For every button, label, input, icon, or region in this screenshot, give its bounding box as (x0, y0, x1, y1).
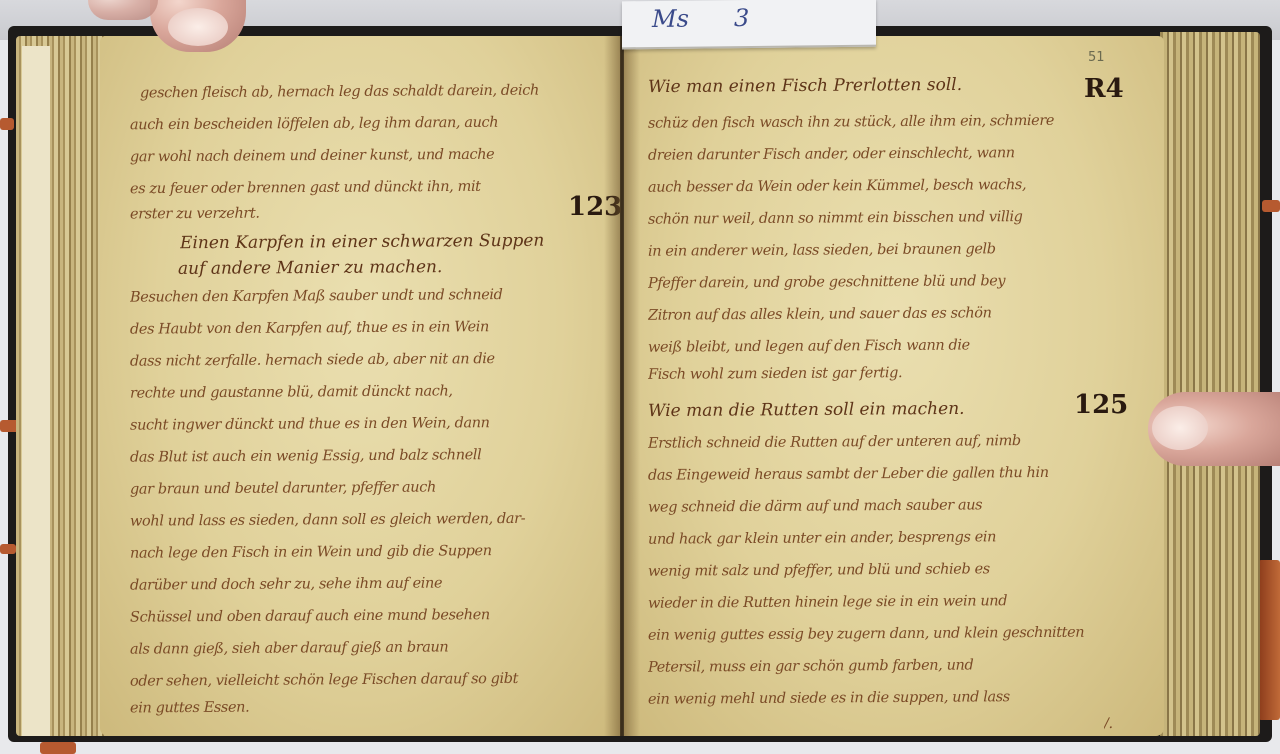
text-line: schön nur weil, dann so nimmt ein bissch… (648, 208, 1138, 227)
recipe-heading: Wie man einen Fisch Prerlotten soll. (648, 75, 962, 97)
ribbon-marker (40, 742, 76, 754)
right-page: 51 R4 Wie man einen Fisch Prerlotten sol… (624, 36, 1164, 736)
text-line: nach lege den Fisch in ein Wein und gib … (130, 542, 600, 561)
shelfmark-prefix: Ms (652, 5, 689, 33)
text-line: Fisch wohl zum sieden ist gar fertig. (648, 365, 902, 383)
text-line: gar braun und beutel darunter, pfeffer a… (130, 478, 600, 497)
text-line: gar wohl nach deinem und deiner kunst, u… (130, 147, 494, 166)
text-line: wenig mit salz und pfeffer, und blü und … (648, 560, 1138, 579)
right-page-stack-edge (1160, 32, 1260, 736)
page-end-mark: /. (1104, 716, 1113, 732)
text-line: weiß bleibt, und legen auf den Fisch wan… (648, 336, 1138, 355)
text-line: dreien darunter Fisch ander, oder einsch… (648, 144, 1138, 163)
text-line: das Blut ist auch ein wenig Essig, und b… (130, 446, 600, 465)
ribbon-marker (1258, 560, 1280, 720)
text-line: als dann gieß, sieh aber darauf gieß an … (130, 638, 600, 657)
text-line: ein wenig mehl und siede es in die suppe… (648, 688, 1138, 707)
shelfmark-number: 3 (734, 4, 749, 32)
text-line: darüber und doch sehr zu, sehe ihm auf e… (130, 574, 600, 593)
text-line: es zu feuer oder brennen gast und dünckt… (130, 179, 481, 197)
text-line: das Eingeweid heraus sambt der Leber die… (648, 464, 1138, 483)
recipe-number-125: 125 (1074, 390, 1128, 420)
folio-number: 51 (1088, 50, 1105, 65)
finger-right (1148, 392, 1280, 466)
text-line: Petersil, muss ein gar schön gumb farben… (648, 656, 1138, 675)
text-line: Zitron auf das alles klein, und sauer da… (648, 304, 1138, 323)
book-gutter (604, 36, 640, 736)
recipe-heading: auf andere Manier zu machen. (178, 257, 443, 279)
left-endpaper-strip (22, 46, 50, 736)
text-line: oder sehen, vielleicht schön lege Fische… (130, 670, 600, 689)
text-line: rechte und gaustanne blü, damit dünckt n… (130, 382, 600, 401)
left-page: geschen fleisch ab, hernach leg das scha… (100, 36, 620, 736)
recipe-number-124: R4 (1084, 74, 1124, 104)
fingernail (1152, 406, 1208, 450)
text-line: des Haubt von den Karpfen auf, thue es i… (130, 318, 600, 337)
ribbon-marker (1262, 200, 1280, 212)
text-line: ein guttes Essen. (130, 700, 249, 717)
recipe-heading: Wie man die Rutten soll ein machen. (648, 399, 965, 421)
text-line: Schüssel und oben darauf auch eine mund … (130, 606, 600, 625)
text-line: sucht ingwer dünckt und thue es in den W… (130, 414, 600, 433)
finger-top-second (88, 0, 158, 20)
text-line: weg schneid die därm auf und mach sauber… (648, 496, 1138, 515)
text-line: geschen fleisch ab, hernach leg das scha… (140, 83, 539, 102)
shelfmark-label-card: Ms 3 (622, 0, 876, 49)
ribbon-marker (0, 544, 16, 554)
text-line: wieder in die Rutten hinein lege sie in … (648, 592, 1138, 611)
recipe-heading: Einen Karpfen in einer schwarzen Suppen (180, 231, 544, 254)
text-line: wohl und lass es sieden, dann soll es gl… (130, 510, 600, 529)
ribbon-marker (0, 118, 14, 130)
text-line: in ein anderer wein, lass sieden, bei br… (648, 240, 1138, 259)
text-line: Pfeffer darein, und grobe geschnittene b… (648, 272, 1138, 291)
text-line: schüz den fisch wasch ihn zu stück, alle… (648, 112, 1138, 131)
text-line: dass nicht zerfalle. hernach siede ab, a… (130, 350, 600, 369)
text-line: auch besser da Wein oder kein Kümmel, be… (648, 176, 1138, 195)
fingernail (168, 8, 228, 46)
left-page-stack-edge (16, 36, 108, 736)
text-line: und hack gar klein unter ein ander, besp… (648, 528, 1138, 547)
text-line: auch ein bescheiden löffelen ab, leg ihm… (130, 115, 498, 134)
text-line: erster zu verzehrt. (130, 206, 260, 223)
text-line: ein wenig guttes essig bey zugern dann, … (648, 624, 1138, 643)
text-line: Besuchen den Karpfen Maß sauber undt und… (130, 286, 600, 305)
text-line: Erstlich schneid die Rutten auf der unte… (648, 432, 1138, 451)
